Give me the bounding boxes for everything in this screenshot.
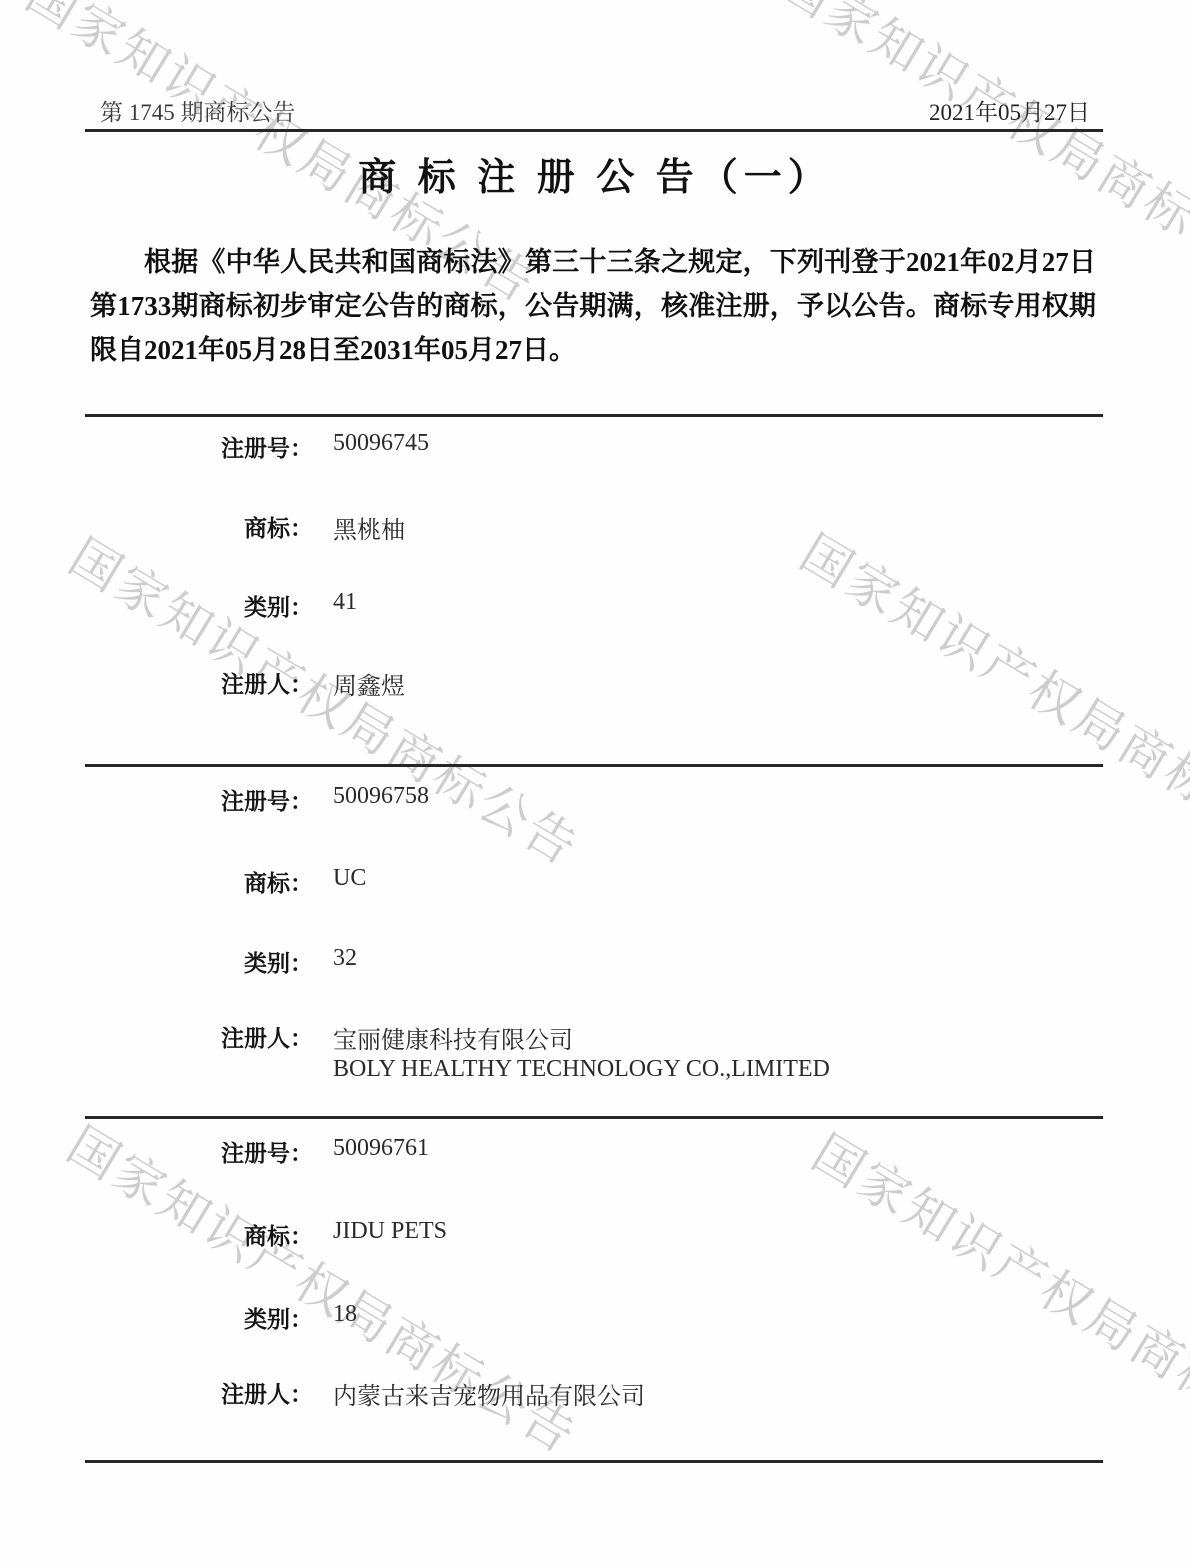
- class-label: 类别：: [85, 945, 313, 978]
- registrant-value: 宝丽健康科技有限公司: [333, 1020, 573, 1055]
- publication-date: 2021年05月27日: [929, 94, 1090, 127]
- mark-value: 黑桃柚: [333, 510, 405, 545]
- class-value: 18: [333, 1301, 357, 1328]
- registrant-label: 注册人：: [85, 666, 313, 699]
- reg-no-value: 50096761: [333, 1135, 429, 1162]
- separator-line: [85, 764, 1103, 767]
- mark-label: 商标：: [85, 1218, 313, 1251]
- registrant-value: 内蒙古来吉宠物用品有限公司: [333, 1376, 645, 1411]
- reg-no-value: 50096745: [333, 430, 429, 457]
- header-rule: [85, 129, 1103, 132]
- registrant-value: 周鑫煜: [333, 666, 405, 701]
- mark-label: 商标：: [85, 510, 313, 543]
- reg-no-label: 注册号：: [85, 783, 313, 816]
- registrant-label: 注册人：: [85, 1376, 313, 1409]
- mark-value: UC: [333, 865, 366, 892]
- registrant-en-value: BOLY HEALTHY TECHNOLOGY CO.,LIMITED: [333, 1056, 830, 1083]
- class-value: 32: [333, 945, 357, 972]
- page-header: 第 1745 期商标公告 2021年05月27日: [100, 94, 1090, 127]
- page-title: 商 标 注 册 公 告（一）: [0, 146, 1190, 201]
- registrant-label: 注册人：: [85, 1020, 313, 1053]
- class-label: 类别：: [85, 589, 313, 622]
- mark-value: JIDU PETS: [333, 1218, 447, 1245]
- reg-no-label: 注册号：: [85, 1135, 313, 1168]
- separator-line: [85, 414, 1103, 417]
- gazette-page: 国家知识产权局商标公告 国家知识产权局商标公告 国家知识产权局商标公告 国家知识…: [0, 0, 1190, 1564]
- reg-no-value: 50096758: [333, 783, 429, 810]
- class-value: 41: [333, 589, 357, 616]
- mark-label: 商标：: [85, 865, 313, 898]
- reg-no-label: 注册号：: [85, 430, 313, 463]
- intro-paragraph: 根据《中华人民共和国商标法》第三十三条之规定，下列刊登于2021年02月27日第…: [90, 240, 1096, 372]
- issue-number: 第 1745 期商标公告: [100, 94, 296, 127]
- page-content: 第 1745 期商标公告 2021年05月27日 商 标 注 册 公 告（一） …: [0, 0, 1190, 1564]
- separator-line: [85, 1116, 1103, 1119]
- class-label: 类别：: [85, 1301, 313, 1334]
- bottom-rule: [85, 1460, 1103, 1463]
